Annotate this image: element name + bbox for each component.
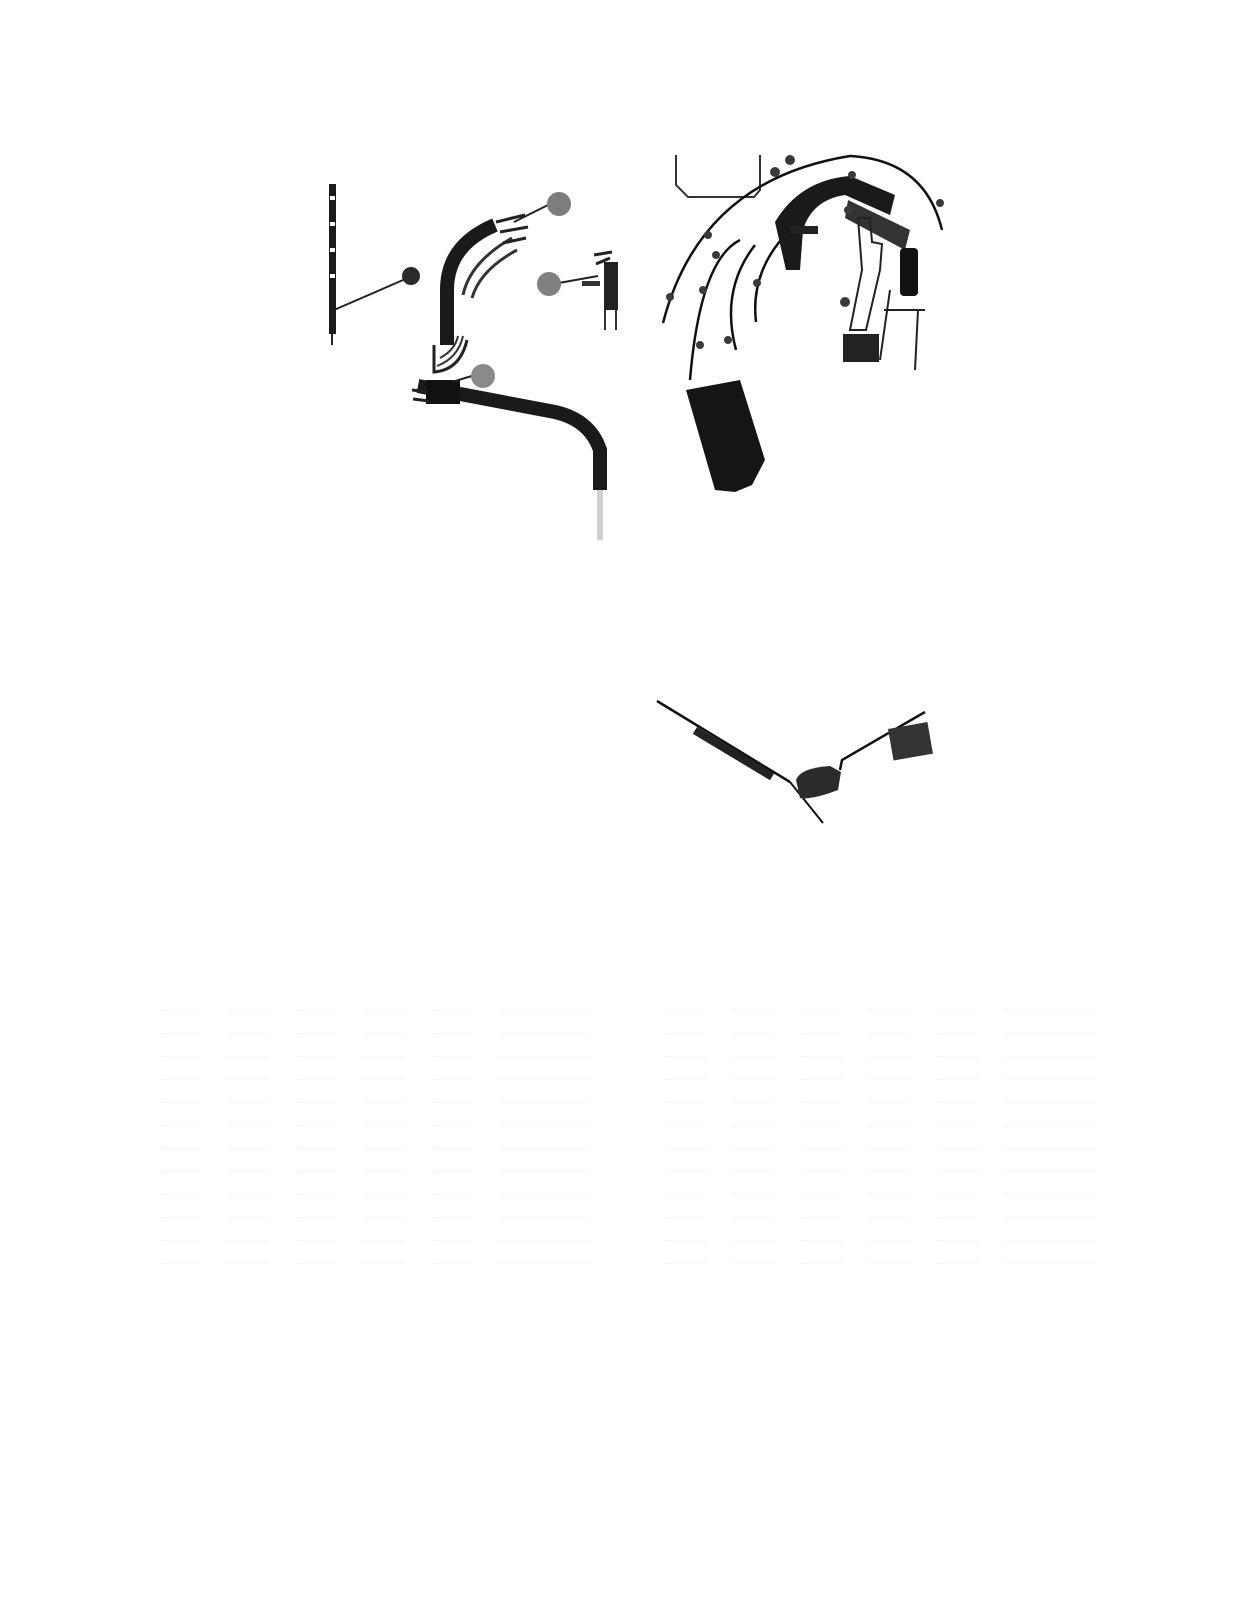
table-cell bbox=[160, 1172, 200, 1195]
table-cell bbox=[1005, 1057, 1095, 1080]
table-cell bbox=[1005, 1080, 1095, 1103]
table-cell bbox=[296, 1103, 336, 1126]
table-cell bbox=[228, 1126, 268, 1149]
table-cell bbox=[1005, 1218, 1095, 1241]
table-cell bbox=[937, 1080, 977, 1103]
right-parts-table bbox=[665, 988, 1095, 1264]
table-cell bbox=[432, 1057, 472, 1080]
table-cell bbox=[296, 1057, 336, 1080]
callout-balloon bbox=[471, 364, 495, 388]
table-cell bbox=[801, 1241, 841, 1264]
table-row bbox=[160, 1103, 590, 1126]
table-cell bbox=[1005, 1034, 1095, 1057]
table-cell bbox=[937, 1011, 977, 1034]
table-cell bbox=[228, 1034, 268, 1057]
table-row bbox=[665, 1218, 1095, 1241]
table-cell bbox=[500, 1034, 590, 1057]
table-cell bbox=[937, 1103, 977, 1126]
table-cell bbox=[801, 1057, 841, 1080]
table-row bbox=[665, 1126, 1095, 1149]
table-cell bbox=[364, 1126, 404, 1149]
table-cell bbox=[869, 1218, 909, 1241]
table-cell bbox=[801, 988, 841, 1011]
table-cell bbox=[1005, 1241, 1095, 1264]
table-cell bbox=[801, 1126, 841, 1149]
callout-balloon bbox=[402, 267, 420, 285]
table-cell bbox=[733, 1241, 773, 1264]
callout-balloon bbox=[537, 272, 561, 296]
table-row bbox=[160, 1126, 590, 1149]
table-cell bbox=[160, 1080, 200, 1103]
table-cell bbox=[364, 1080, 404, 1103]
table-cell bbox=[733, 988, 773, 1011]
table-cell bbox=[500, 1195, 590, 1218]
table-cell bbox=[500, 1103, 590, 1126]
table-cell bbox=[296, 1241, 336, 1264]
table-cell bbox=[869, 988, 909, 1011]
table-cell bbox=[228, 1218, 268, 1241]
table-cell bbox=[665, 1172, 705, 1195]
table-cell bbox=[160, 1195, 200, 1218]
table-cell bbox=[869, 1241, 909, 1264]
table-row bbox=[665, 1057, 1095, 1080]
table-row bbox=[160, 988, 590, 1011]
table-cell bbox=[1005, 1172, 1095, 1195]
table-cell bbox=[869, 1126, 909, 1149]
table-cell bbox=[665, 1241, 705, 1264]
table-row bbox=[665, 1080, 1095, 1103]
table-cell bbox=[801, 1034, 841, 1057]
table-cell bbox=[869, 1057, 909, 1080]
table-cell bbox=[160, 1011, 200, 1034]
table-cell bbox=[500, 1057, 590, 1080]
table-cell bbox=[500, 1241, 590, 1264]
table-cell bbox=[937, 1172, 977, 1195]
table-row bbox=[665, 1011, 1095, 1034]
table-row bbox=[160, 1241, 590, 1264]
table-row bbox=[665, 1241, 1095, 1264]
table-cell bbox=[160, 1126, 200, 1149]
table-cell bbox=[432, 1241, 472, 1264]
table-cell bbox=[937, 1218, 977, 1241]
table-cell bbox=[160, 988, 200, 1011]
left-assembly-figure bbox=[329, 184, 618, 540]
table-cell bbox=[296, 1195, 336, 1218]
table-cell bbox=[500, 1172, 590, 1195]
table-cell bbox=[869, 1172, 909, 1195]
table-cell bbox=[500, 1011, 590, 1034]
table-cell bbox=[1005, 1126, 1095, 1149]
table-cell bbox=[296, 1172, 336, 1195]
table-cell bbox=[432, 1034, 472, 1057]
table-cell bbox=[1005, 1149, 1095, 1172]
table-cell bbox=[665, 1195, 705, 1218]
table-cell bbox=[228, 1080, 268, 1103]
table-cell bbox=[364, 1034, 404, 1057]
table-row bbox=[665, 988, 1095, 1011]
table-cell bbox=[432, 1103, 472, 1126]
table-cell bbox=[869, 1011, 909, 1034]
table-cell bbox=[1005, 1103, 1095, 1126]
table-cell bbox=[432, 1149, 472, 1172]
table-cell bbox=[869, 1080, 909, 1103]
table-cell bbox=[665, 1103, 705, 1126]
table-cell bbox=[733, 1149, 773, 1172]
table-cell bbox=[801, 1195, 841, 1218]
table-cell bbox=[228, 1172, 268, 1195]
table-cell bbox=[432, 1126, 472, 1149]
table-cell bbox=[665, 1126, 705, 1149]
table-cell bbox=[432, 1080, 472, 1103]
table-cell bbox=[733, 1011, 773, 1034]
table-cell bbox=[733, 1126, 773, 1149]
table-cell bbox=[432, 1172, 472, 1195]
table-cell bbox=[801, 1011, 841, 1034]
table-row bbox=[160, 1195, 590, 1218]
table-cell bbox=[500, 988, 590, 1011]
table-cell bbox=[364, 1103, 404, 1126]
table-cell bbox=[160, 1034, 200, 1057]
table-row bbox=[160, 1034, 590, 1057]
table-cell bbox=[665, 1149, 705, 1172]
callout-balloon bbox=[547, 192, 571, 216]
table-cell bbox=[665, 1218, 705, 1241]
table-cell bbox=[364, 1195, 404, 1218]
table-cell bbox=[801, 1172, 841, 1195]
table-cell bbox=[228, 1011, 268, 1034]
table-cell bbox=[228, 1149, 268, 1172]
table-cell bbox=[801, 1103, 841, 1126]
table-cell bbox=[228, 1057, 268, 1080]
table-cell bbox=[296, 1218, 336, 1241]
table-cell bbox=[160, 1218, 200, 1241]
table-cell bbox=[869, 1034, 909, 1057]
table-cell bbox=[500, 1126, 590, 1149]
table-cell bbox=[364, 1149, 404, 1172]
right-assembly-figure bbox=[663, 155, 944, 492]
table-cell bbox=[937, 1057, 977, 1080]
table-cell bbox=[160, 1149, 200, 1172]
table-cell bbox=[869, 1195, 909, 1218]
table-cell bbox=[500, 1080, 590, 1103]
table-row bbox=[665, 1195, 1095, 1218]
table-row bbox=[665, 1149, 1095, 1172]
table-cell bbox=[1005, 988, 1095, 1011]
table-row bbox=[160, 1149, 590, 1172]
table-cell bbox=[432, 1195, 472, 1218]
table-cell bbox=[869, 1149, 909, 1172]
table-cell bbox=[665, 1034, 705, 1057]
table-row bbox=[665, 1103, 1095, 1126]
table-cell bbox=[228, 1241, 268, 1264]
table-cell bbox=[937, 1034, 977, 1057]
table-cell bbox=[733, 1172, 773, 1195]
table-cell bbox=[296, 988, 336, 1011]
table-cell bbox=[733, 1195, 773, 1218]
table-cell bbox=[228, 1103, 268, 1126]
bracket-figure bbox=[657, 701, 933, 823]
table-cell bbox=[665, 1080, 705, 1103]
table-cell bbox=[937, 1149, 977, 1172]
parts-diagram bbox=[0, 0, 1246, 1601]
table-cell bbox=[733, 1034, 773, 1057]
table-row bbox=[160, 1172, 590, 1195]
table-cell bbox=[432, 1011, 472, 1034]
table-cell bbox=[364, 988, 404, 1011]
table-cell bbox=[160, 1241, 200, 1264]
table-cell bbox=[296, 1011, 336, 1034]
table-cell bbox=[937, 988, 977, 1011]
table-cell bbox=[937, 1241, 977, 1264]
table-cell bbox=[296, 1034, 336, 1057]
table-cell bbox=[364, 1057, 404, 1080]
table-cell bbox=[1005, 1011, 1095, 1034]
table-cell bbox=[296, 1080, 336, 1103]
table-cell bbox=[500, 1218, 590, 1241]
table-cell bbox=[500, 1149, 590, 1172]
table-cell bbox=[733, 1080, 773, 1103]
table-cell bbox=[364, 1218, 404, 1241]
table-cell bbox=[296, 1126, 336, 1149]
table-cell bbox=[1005, 1195, 1095, 1218]
table-cell bbox=[296, 1149, 336, 1172]
table-cell bbox=[364, 1241, 404, 1264]
table-cell bbox=[937, 1126, 977, 1149]
table-row bbox=[160, 1011, 590, 1034]
table-row bbox=[665, 1172, 1095, 1195]
table-cell bbox=[432, 1218, 472, 1241]
table-cell bbox=[801, 1218, 841, 1241]
table-row bbox=[160, 1218, 590, 1241]
table-cell bbox=[364, 1172, 404, 1195]
table-cell bbox=[801, 1149, 841, 1172]
table-cell bbox=[801, 1080, 841, 1103]
table-cell bbox=[733, 1218, 773, 1241]
table-cell bbox=[733, 1057, 773, 1080]
left-parts-table bbox=[160, 988, 590, 1264]
table-cell bbox=[432, 988, 472, 1011]
table-row bbox=[160, 1057, 590, 1080]
table-cell bbox=[160, 1103, 200, 1126]
table-cell bbox=[160, 1057, 200, 1080]
table-cell bbox=[869, 1103, 909, 1126]
table-cell bbox=[937, 1195, 977, 1218]
table-row bbox=[665, 1034, 1095, 1057]
table-row bbox=[160, 1080, 590, 1103]
table-cell bbox=[228, 1195, 268, 1218]
table-cell bbox=[665, 1057, 705, 1080]
table-cell bbox=[228, 988, 268, 1011]
table-cell bbox=[665, 1011, 705, 1034]
table-cell bbox=[665, 988, 705, 1011]
table-cell bbox=[733, 1103, 773, 1126]
table-cell bbox=[364, 1011, 404, 1034]
